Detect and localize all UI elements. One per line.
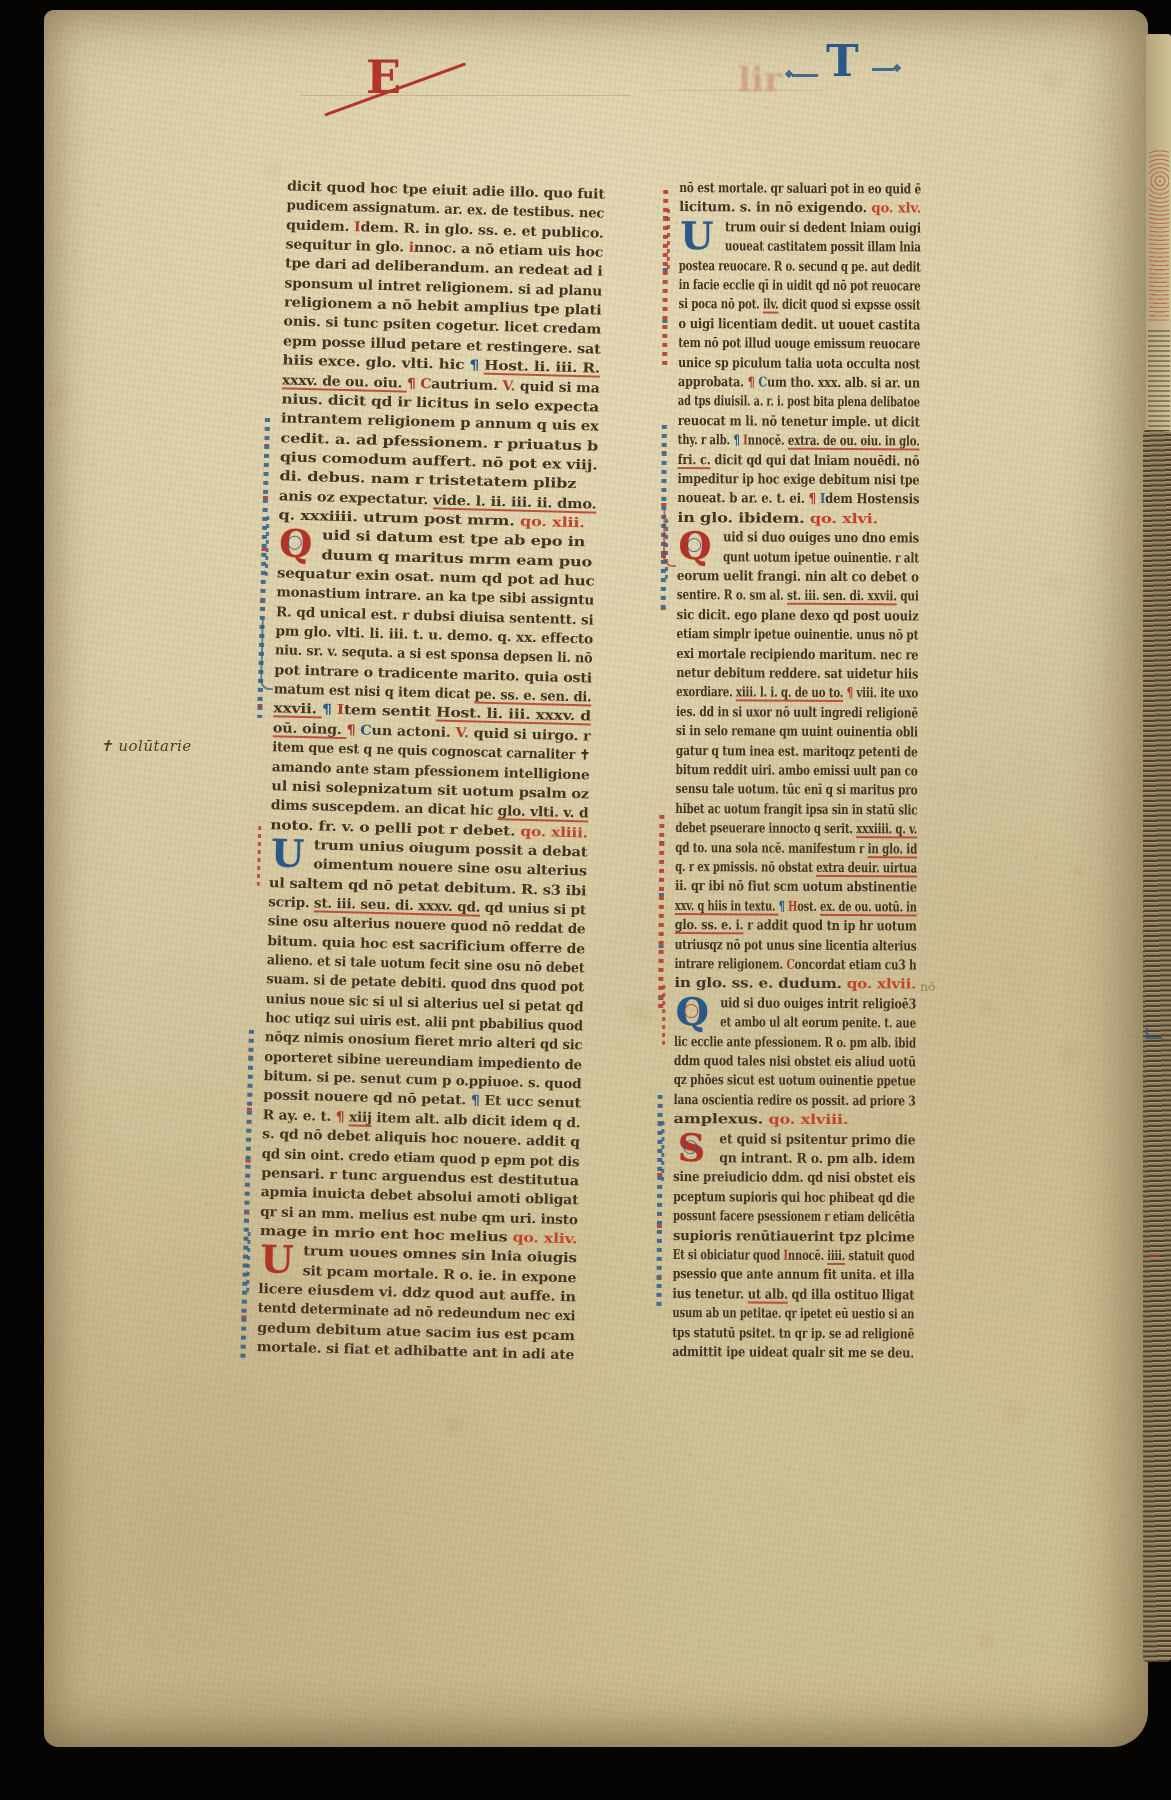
margin-note-voluntarie: ✝ uolūtarie (100, 737, 192, 755)
text-line: lic ecclie ante pfessionem. R o. pm alb.… (674, 1034, 916, 1054)
text-line: uoueat castitatem possit illam lnia (679, 238, 921, 258)
text-line: debet pseuerare innocto q serit. xxxiiii… (675, 820, 917, 840)
text-line: psessio que ante annum fit unita. et ill… (673, 1266, 915, 1286)
text-line: noueat. b ar. e. t. ei. ¶ Idem Hostensis (677, 490, 919, 510)
text-line: pceptum supioris qui hoc phibeat qd die (673, 1189, 915, 1209)
text-line: possunt facere psessionem r etiam delicē… (673, 1208, 915, 1228)
text-line: qd to. una sola ncē. manifestum r in glo… (675, 840, 917, 860)
text-line: in facie ecclie qī in uidit qd nō pot re… (679, 277, 921, 297)
text-line: utriusqz nō pot unus sine licentia alter… (675, 937, 917, 957)
text-line: et quid si psitentur primo die (673, 1131, 915, 1151)
manuscript-page: E lir T ✝ uolūtarie nō dicit quod hoc tp… (44, 10, 1148, 1747)
text-line: postea reuocare. R o. secund q pe. aut d… (679, 258, 921, 278)
text-line: sic dicit. ego plane dexo qd post uouiz (677, 607, 919, 627)
text-line: ius tenetur. ut alb. qd illa ostituo lli… (672, 1286, 914, 1306)
text-line: Et si obiciatur quod Innocē. iiii. statu… (673, 1247, 915, 1267)
text-line: si in selo remane qm uuint ouinentia obl… (676, 723, 918, 743)
text-line: intrare religionem. Concordat etiam cu3 … (674, 956, 916, 976)
offset-ghost-text: lir (738, 60, 782, 100)
fore-edge-blue-mark (1146, 1028, 1162, 1039)
text-line: netur debitum reddere. sat uidetur hiis (676, 665, 918, 685)
fore-edge-red-mark (1148, 1255, 1160, 1257)
margin-note-no: nō (920, 979, 936, 994)
ruling-line (300, 95, 630, 96)
text-line: et ambo ul alt eorum penite. t. aue (674, 1014, 916, 1034)
text-line: uid si duo ouiges intrit religioē3 (674, 995, 916, 1015)
text-line: reuocat m li. nō tenetur imple. ut dicit (678, 413, 920, 433)
text-line: impeditur ip hoc exige debitum nisi tpe (677, 471, 919, 491)
text-line: sensu tale uotum. tūc enī q si maritus p… (676, 781, 918, 801)
text-line: tps statutū psitet. tn qr ip. se ad reli… (672, 1325, 914, 1345)
text-line: supioris renūtiauerint tpz plcime (673, 1228, 915, 1248)
text-line: trum ouir si dedent lniam ouigi (679, 219, 921, 239)
text-line: approbata. ¶ Cum tho. xxx. alb. si ar. u… (678, 374, 920, 394)
text-line: unice sp piculum talia uota occulta nost (678, 355, 920, 375)
text-line: o uigi licentiam dedit. ut uouet castita (678, 316, 920, 336)
quire-mark-dash (792, 74, 818, 77)
book-fore-edge (1143, 430, 1171, 1662)
text-line: qz phōes sicut est uotum ouinentie ppetu… (674, 1072, 916, 1092)
text-column-left: dicit quod hoc tpe eiuit adie illo. quo … (256, 178, 605, 1381)
text-line: xxv. q hiis in textu. ¶ Host. ex. de ou.… (675, 898, 917, 918)
text-line: ddm quod tales nisi obstet eis aliud uot… (674, 1053, 916, 1073)
text-line: qn intrant. R o. pm alb. idem (673, 1150, 915, 1170)
text-line: q. r ex pmissis. nō obstat extra deuir. … (675, 859, 917, 879)
text-line: exordiare. xiii. l. i. q. de uo to. ¶ vi… (676, 684, 918, 704)
text-line: usum ab un petitae. qr ipetet eū uestio … (672, 1305, 914, 1325)
text-line: ad tps diuisil. a. r. i. post bita plena… (678, 393, 920, 413)
text-line: sentire. R o. sm al. st. iii. sen. di. x… (677, 587, 919, 607)
text-line: tem nō pot illud uouge emissum reuocare (678, 335, 920, 355)
text-line: uid si duo ouiges uno dno emis (677, 529, 919, 549)
quire-mark-dash (872, 68, 894, 71)
next-folio-text-smudge (1148, 330, 1170, 436)
text-column-right: nō est mortale. qr saluari pot in eo qui… (672, 180, 921, 1376)
text-line: hibet ac uotum frangit ipsa sin in statū… (675, 801, 917, 821)
next-folio-red-initial (1149, 150, 1169, 322)
text-line: thy. r alb. ¶ Innocē. extra. de ou. oiu.… (678, 432, 920, 452)
text-line: ii. qr ibi nō fiut scm uotum abstinentie (675, 878, 917, 898)
text-line: exi mortale recipiendo maritum. nec re (676, 646, 918, 666)
text-line: ies. dd in si uxor nō uult ingredi relig… (676, 704, 918, 724)
text-line: admittit ipe uideat qualr sit me se deu. (672, 1344, 914, 1364)
text-line: si poca nō pot. ilv. dicit quod si expss… (678, 296, 920, 316)
ruling-line (654, 90, 824, 91)
text-line: gatur q tum inea est. maritoqz petenti d… (676, 743, 918, 763)
manuscript-photo: E lir T ✝ uolūtarie nō dicit quod hoc tp… (0, 0, 1171, 1800)
text-line: etiam simplr ipetue ouinentie. unus nō p… (676, 626, 918, 646)
text-line: bitum reddit uiri. ambo emissi uult pan … (676, 762, 918, 782)
text-line: glo. ss. e. i. r addit quod tn ip hr uot… (675, 917, 917, 937)
text-line: lana oscientia redire os possit. ad prio… (674, 1092, 916, 1112)
text-line: eorum uelit frangi. nin alt co debet o (677, 568, 919, 588)
text-line: nō est mortale. qr saluari pot in eo qui… (679, 180, 921, 200)
quire-mark-right: T (826, 36, 859, 87)
text-line: sine preiudicio ddm. qd nisi obstet eis (673, 1169, 915, 1189)
text-line: fri. c. dicit qd qui dat lniam nouēdi. n… (678, 452, 920, 472)
next-folio-edge (1146, 34, 1171, 436)
text-line: qunt uotum ipetue ouinentie. r alt (677, 549, 919, 569)
